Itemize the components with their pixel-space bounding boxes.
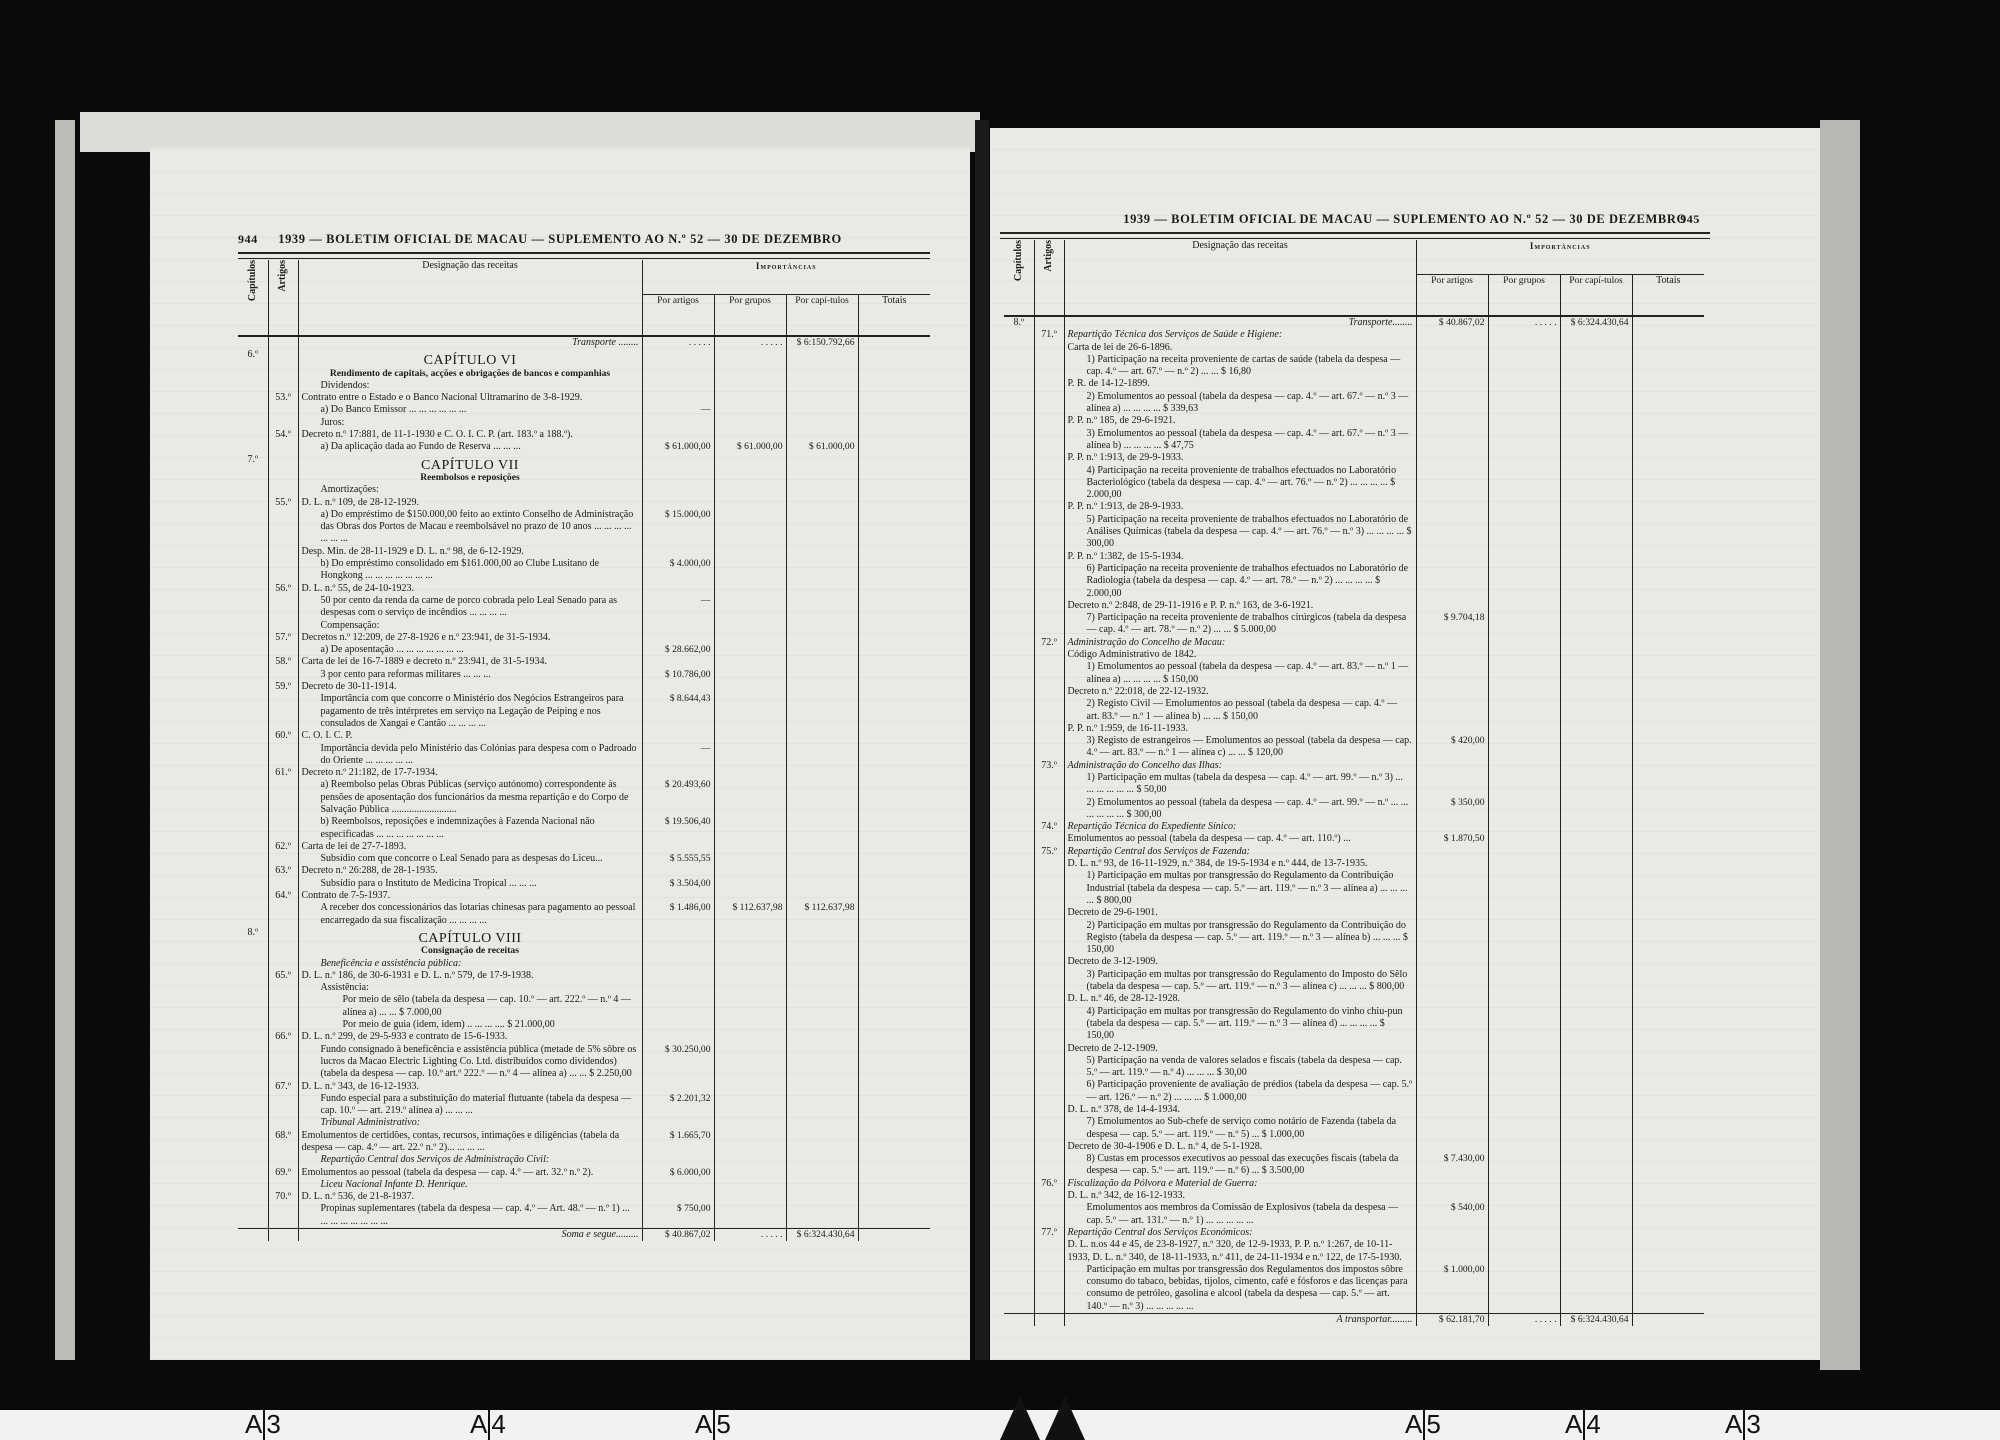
amount-totais [1632, 846, 1704, 858]
amount-por-artigos [642, 368, 714, 380]
amount-por-grupos [714, 743, 786, 768]
ledger-row: Juros: [238, 417, 930, 429]
amount-por-capitulos [1560, 846, 1632, 858]
amount-por-grupos [1488, 1153, 1560, 1178]
amount-totais [1632, 514, 1704, 551]
amount-por-grupos [714, 349, 786, 367]
receipt-description: 4) Participação na receita proveniente d… [1064, 465, 1416, 502]
ledger-row: 65.ºD. L. n.º 186, de 30-6-1931 e D. L. … [238, 970, 930, 982]
amount-totais [858, 484, 930, 496]
ledger-row: 73.ºAdministração do Concelho das Ilhas: [1004, 760, 1704, 772]
amount-totais [858, 878, 930, 890]
receipt-description: Transporte ........ [298, 336, 642, 349]
ledger-row: 7) Participação na receita proveniente d… [1004, 612, 1704, 637]
amount-por-artigos [642, 958, 714, 970]
header-rule [238, 252, 930, 259]
amount-totais [858, 404, 930, 416]
amount-por-grupos [714, 546, 786, 558]
amount-por-grupos [1488, 833, 1560, 845]
amount-por-grupos [1488, 772, 1560, 797]
amount-por-artigos: $ 1.665,70 [642, 1130, 714, 1155]
chapter-number: 7.º [238, 454, 268, 472]
chapter-number [238, 970, 268, 982]
chapter-number [1004, 1202, 1034, 1227]
amount-por-artigos [1416, 391, 1488, 416]
amount-por-grupos [714, 368, 786, 380]
receipts-ledger-table: Capítulos Artigos Designação das receita… [238, 260, 930, 1241]
chapter-number [238, 743, 268, 768]
receipt-description: 3) Registo de estrangeiros — Emolumentos… [1064, 735, 1416, 760]
amount-por-capitulos [786, 546, 858, 558]
ledger-row: 77.ºRepartição Central dos Serviços Econ… [1004, 1227, 1704, 1239]
amount-por-capitulos [786, 1167, 858, 1179]
amount-por-grupos [1488, 501, 1560, 513]
ledger-row: 3) Emolumentos ao pessoal (tabela da des… [1004, 428, 1704, 453]
chapter-number [238, 994, 268, 1019]
amount-por-grupos: . . . . . [714, 1229, 786, 1242]
amount-totais [858, 1203, 930, 1228]
receipt-description: Fundo especial para a substituição do ma… [298, 1093, 642, 1118]
amount-por-grupos [1488, 735, 1560, 760]
ledger-row: 53.ºContrato entre o Estado e o Banco Na… [238, 392, 930, 404]
article-number: 73.º [1034, 760, 1064, 772]
ledger-row: a) De aposentação ... ... ... ... ... ..… [238, 644, 930, 656]
amount-por-artigos: $ 1.000,00 [1416, 1264, 1488, 1314]
amount-totais [1632, 907, 1704, 919]
amount-por-grupos [1488, 514, 1560, 551]
amount-totais [1632, 428, 1704, 453]
ledger-row: P. P. n.º 185, de 29-6-1921. [1004, 415, 1704, 427]
amount-por-capitulos [1560, 920, 1632, 957]
receipt-description: Dividendos: [298, 380, 642, 392]
article-number [1034, 465, 1064, 502]
amount-por-capitulos: $ 61.000,00 [786, 441, 858, 453]
right-page: 1939 — BOLETIM OFICIAL DE MACAU — SUPLEM… [990, 128, 1820, 1360]
amount-por-capitulos [1560, 563, 1632, 600]
amount-totais [858, 546, 930, 558]
chapter-number [1004, 428, 1034, 453]
amount-totais [858, 743, 930, 768]
amount-por-artigos [642, 392, 714, 404]
chapter-number [1004, 1079, 1034, 1104]
amount-por-grupos [714, 816, 786, 841]
ledger-row: 2) Participação em multas por transgress… [1004, 920, 1704, 957]
receipt-description: Emolumentos de certidões, contas, recurs… [298, 1130, 642, 1155]
amount-totais [1632, 1264, 1704, 1314]
chapter-number [1004, 846, 1034, 858]
ledger-row: 68.ºEmolumentos de certidões, contas, re… [238, 1130, 930, 1155]
amount-por-capitulos: $ 6:150.792,66 [786, 336, 858, 349]
amount-por-capitulos [786, 853, 858, 865]
chapter-number [238, 656, 268, 668]
receipt-description: 50 por cento da renda da carne de porco … [298, 595, 642, 620]
amount-totais [858, 970, 930, 982]
amount-por-artigos [642, 982, 714, 994]
amount-por-capitulos [786, 681, 858, 693]
receipt-description: Repartição Central dos Serviços de Admin… [298, 1154, 642, 1166]
amount-por-capitulos [786, 392, 858, 404]
amount-por-capitulos [786, 994, 858, 1019]
ledger-row: 57.ºDecretos n.º 12:209, de 27-8-1926 e … [238, 632, 930, 644]
amount-por-capitulos [1560, 1116, 1632, 1141]
chapter-number [1004, 1153, 1034, 1178]
amount-por-capitulos: $ 6:324.430,64 [786, 1229, 858, 1242]
article-number [1034, 1055, 1064, 1080]
amount-por-artigos [642, 656, 714, 668]
amount-totais [858, 982, 930, 994]
amount-por-capitulos [786, 349, 858, 367]
amount-por-grupos [1488, 797, 1560, 822]
amount-por-artigos [1416, 956, 1488, 968]
chapter-number [238, 429, 268, 441]
ledger-row: P. P. n.º 1:959, de 16-11-1933. [1004, 723, 1704, 735]
amount-por-capitulos [1560, 833, 1632, 845]
article-number [268, 558, 298, 583]
receipt-description: 5) Participação na venda de valores sela… [1064, 1055, 1416, 1080]
amount-por-artigos [642, 994, 714, 1019]
receipt-description: 1) Emolumentos ao pessoal (tabela da des… [1064, 661, 1416, 686]
amount-totais [858, 429, 930, 441]
amount-por-artigos [1416, 969, 1488, 994]
amount-por-capitulos [786, 970, 858, 982]
chapter-number [238, 620, 268, 632]
amount-por-grupos [1488, 858, 1560, 870]
amount-totais [1632, 1043, 1704, 1055]
chapter-number [1004, 600, 1034, 612]
article-number [1034, 415, 1064, 427]
amount-por-artigos [1416, 1006, 1488, 1043]
receipt-description: Decreto n.º 2:848, de 29-11-1916 e P. P.… [1064, 600, 1416, 612]
article-number [1034, 797, 1064, 822]
amount-por-artigos [1416, 452, 1488, 464]
amount-por-artigos [1416, 1079, 1488, 1104]
ledger-row: Consignação de receitas [238, 945, 930, 957]
amount-totais [1632, 1116, 1704, 1141]
amount-por-artigos: $ 350,00 [1416, 797, 1488, 822]
article-number: 68.º [268, 1130, 298, 1155]
amount-por-artigos: $ 420,00 [1416, 735, 1488, 760]
ledger-row: Decreto n.º 2:848, de 29-11-1916 e P. P.… [1004, 600, 1704, 612]
amount-por-artigos: $ 20.493,60 [642, 779, 714, 816]
amount-por-artigos: . . . . . [642, 336, 714, 349]
ledger-row: Reembolsos e reposições [238, 472, 930, 484]
article-number [1034, 870, 1064, 907]
amount-totais [858, 927, 930, 945]
article-number [268, 1019, 298, 1031]
receipt-description: P. P. n.º 1:913, de 28-9-1933. [1064, 501, 1416, 513]
ledger-row: 61.ºDecreto n.º 21:182, de 17-7-1934. [238, 767, 930, 779]
amount-por-grupos: $ 61.000,00 [714, 441, 786, 453]
amount-totais [858, 890, 930, 902]
frame-marker: A5 [1405, 1409, 1441, 1440]
amount-totais [858, 1081, 930, 1093]
amount-por-capitulos [1560, 342, 1632, 354]
ledger-row: 1) Participação na receita proveniente d… [1004, 354, 1704, 379]
amount-totais [1632, 723, 1704, 735]
ledger-row: 71.ºRepartição Técnica dos Serviços de S… [1004, 329, 1704, 341]
amount-por-grupos [1488, 870, 1560, 907]
amount-por-capitulos [786, 1203, 858, 1228]
receipt-description: Importância devida pelo Ministério das C… [298, 743, 642, 768]
receipt-description: 8) Custas em processos executivos ao pes… [1064, 1153, 1416, 1178]
ledger-row: 50 por cento da renda da carne de porco … [238, 595, 930, 620]
amount-totais [858, 767, 930, 779]
amount-por-artigos [642, 1019, 714, 1031]
receipt-description: Repartição Técnica do Expediente Sínico: [1064, 821, 1416, 833]
amount-por-capitulos [1560, 1227, 1632, 1239]
article-number [268, 1179, 298, 1191]
article-number [1034, 514, 1064, 551]
chapter-number [238, 1167, 268, 1179]
receipt-description: 6) Participação proveniente de avaliação… [1064, 1079, 1416, 1104]
page-number: 944 [238, 232, 258, 247]
receipt-description: a) Da aplicação dada ao Fundo de Reserva… [298, 441, 642, 453]
ledger-row: Por meio de sêlo (tabela da despesa — ca… [238, 994, 930, 1019]
amount-por-artigos [642, 380, 714, 392]
amount-por-grupos [714, 644, 786, 656]
amount-por-artigos [642, 1154, 714, 1166]
article-number [1034, 354, 1064, 379]
amount-totais [858, 681, 930, 693]
chapter-number [238, 1117, 268, 1129]
amount-por-artigos [1416, 846, 1488, 858]
amount-totais [1632, 354, 1704, 379]
amount-totais [858, 1229, 930, 1242]
amount-por-capitulos [786, 693, 858, 730]
article-number: 75.º [1034, 846, 1064, 858]
chapter-number [1004, 969, 1034, 994]
chapter-number [1004, 501, 1034, 513]
amount-por-artigos [1416, 428, 1488, 453]
receipt-description: D. L. n.º 378, de 14-4-1934. [1064, 1104, 1416, 1116]
amount-por-capitulos [786, 644, 858, 656]
amount-por-capitulos [1560, 735, 1632, 760]
amount-por-artigos [642, 927, 714, 945]
amount-por-artigos: $ 19.506,40 [642, 816, 714, 841]
frame-marker: A3 [245, 1409, 281, 1440]
amount-por-artigos [642, 970, 714, 982]
receipt-description: Amortizações: [298, 484, 642, 496]
amount-totais [1632, 1055, 1704, 1080]
ledger-row: 8.ºCAPÍTULO VIII [238, 927, 930, 945]
article-number [1034, 428, 1064, 453]
amount-por-capitulos [786, 1117, 858, 1129]
chapter-number [238, 484, 268, 496]
article-number [1034, 1141, 1064, 1153]
amount-por-grupos [1488, 1043, 1560, 1055]
article-number: 55.º [268, 497, 298, 509]
chapter-number [1004, 612, 1034, 637]
receipt-description: 2) Emolumentos ao pessoal (tabela da des… [1064, 797, 1416, 822]
amount-totais [1632, 969, 1704, 994]
ledger-row: 76.ºFiscalização da Pólvora e Material d… [1004, 1178, 1704, 1190]
amount-por-grupos [714, 669, 786, 681]
receipt-description: a) Do Banco Emissor ... ... ... ... ... … [298, 404, 642, 416]
ledger-row: Participação em multas por transgressão … [1004, 1264, 1704, 1314]
chapter-number [1004, 956, 1034, 968]
amount-totais [858, 1167, 930, 1179]
amount-por-artigos: $ 1.870,50 [1416, 833, 1488, 845]
ledger-row: P. P. n.º 1:913, de 28-9-1933. [1004, 501, 1704, 513]
chapter-number [238, 1081, 268, 1093]
amount-totais [1632, 993, 1704, 1005]
amount-por-grupos [1488, 1190, 1560, 1202]
amount-totais [858, 509, 930, 546]
amount-por-grupos [714, 890, 786, 902]
chapter-number [1004, 907, 1034, 919]
amount-totais [858, 779, 930, 816]
receipt-description: 7) Emolumentos ao Sub-chefe de serviço c… [1064, 1116, 1416, 1141]
amount-por-artigos: $ 6.000,00 [642, 1167, 714, 1179]
article-number [1034, 723, 1064, 735]
amount-por-artigos [642, 429, 714, 441]
amount-por-artigos: $ 7.430,00 [1416, 1153, 1488, 1178]
chapter-number [1004, 821, 1034, 833]
amount-por-capitulos [1560, 514, 1632, 551]
amount-totais [858, 656, 930, 668]
amount-por-grupos [714, 730, 786, 742]
ledger-row: Importância devida pelo Ministério das C… [238, 743, 930, 768]
receipt-description: Por meio de guia (idem, idem) .. ... ...… [298, 1019, 642, 1031]
amount-por-artigos [1416, 329, 1488, 341]
receipt-description: Administração do Concelho de Macau: [1064, 637, 1416, 649]
amount-por-artigos [1416, 661, 1488, 686]
receipt-description: Decreto de 2-12-1909. [1064, 1043, 1416, 1055]
header-capitulos: Capítulos [1004, 240, 1034, 316]
ledger-row: Liceu Nacional Infante D. Henrique. [238, 1179, 930, 1191]
receipt-description: Fundo consignado à beneficência e assist… [298, 1044, 642, 1081]
amount-por-capitulos [1560, 907, 1632, 919]
receipt-description: P. P. n.º 1:913, de 29-9-1933. [1064, 452, 1416, 464]
amount-por-capitulos [786, 620, 858, 632]
amount-por-artigos [1416, 501, 1488, 513]
chapter-number [238, 669, 268, 681]
amount-por-capitulos [1560, 686, 1632, 698]
chapter-number [238, 558, 268, 583]
amount-totais [1632, 551, 1704, 563]
amount-por-grupos [1488, 1104, 1560, 1116]
amount-por-capitulos [1560, 1141, 1632, 1153]
amount-por-grupos [714, 1044, 786, 1081]
article-number [1034, 1190, 1064, 1202]
receipt-description: Carta de lei de 16-7-1889 e decreto n.º … [298, 656, 642, 668]
chapter-number [1004, 797, 1034, 822]
amount-por-capitulos [786, 1130, 858, 1155]
chapter-number [238, 644, 268, 656]
ledger-row: Repartição Central dos Serviços de Admin… [238, 1154, 930, 1166]
article-number: 76.º [1034, 1178, 1064, 1190]
amount-por-capitulos [786, 878, 858, 890]
chapter-number [238, 472, 268, 484]
amount-por-capitulos [786, 1179, 858, 1191]
chapter-number [1004, 870, 1034, 907]
amount-totais [858, 1031, 930, 1043]
ledger-row: 2) Emolumentos ao pessoal (tabela da des… [1004, 391, 1704, 416]
ledger-row: 1) Participação em multas por transgress… [1004, 870, 1704, 907]
amount-totais [1632, 378, 1704, 390]
amount-por-grupos [1488, 600, 1560, 612]
amount-por-grupos: . . . . . [1488, 316, 1560, 329]
ledger-row: Importância com que concorre o Ministéri… [238, 693, 930, 730]
amount-totais [858, 583, 930, 595]
ledger-row: D. L. n.º 378, de 14-4-1934. [1004, 1104, 1704, 1116]
amount-por-artigos [642, 841, 714, 853]
frame-marker: A3 [1725, 1409, 1761, 1440]
amount-por-artigos [642, 865, 714, 877]
amount-por-grupos [714, 1154, 786, 1166]
ledger-row: 3) Registo de estrangeiros — Emolumentos… [1004, 735, 1704, 760]
article-number: 71.º [1034, 329, 1064, 341]
amount-por-grupos [1488, 1227, 1560, 1239]
chapter-number [238, 595, 268, 620]
amount-totais [858, 417, 930, 429]
header-totais: Totais [1632, 275, 1704, 317]
receipt-description: D. L. n.os 44 e 45, de 23-8-1927, n.º 32… [1064, 1239, 1416, 1264]
article-number [1034, 907, 1064, 919]
article-number [1034, 1239, 1064, 1264]
amount-por-artigos [1416, 1104, 1488, 1116]
amount-por-grupos [714, 392, 786, 404]
amount-totais [1632, 698, 1704, 723]
frame-arrow-right-icon [1045, 1396, 1085, 1440]
amount-por-artigos [642, 1117, 714, 1129]
amount-por-grupos [714, 1203, 786, 1228]
amount-por-capitulos [786, 454, 858, 472]
amount-por-artigos [642, 890, 714, 902]
chapter-number [238, 878, 268, 890]
chapter-number [1004, 833, 1034, 845]
receipt-description: D. L. n.º 55, de 24-10-1923. [298, 583, 642, 595]
amount-totais [858, 336, 930, 349]
article-number [268, 336, 298, 349]
receipt-description: Participação em multas por transgressão … [1064, 1264, 1416, 1314]
chapter-number [238, 392, 268, 404]
amount-por-artigos [642, 349, 714, 367]
chapter-number: 8.º [1004, 316, 1034, 329]
ledger-row: 3 por cento para reformas militares ... … [238, 669, 930, 681]
header-importancias: Importâncias [1416, 240, 1704, 275]
ledger-row: 6.ºCAPÍTULO VI [238, 349, 930, 367]
article-number [268, 816, 298, 841]
receipt-description: D. L. n.º 536, de 21-8-1937. [298, 1191, 642, 1203]
receipt-description: Soma e segue......... [298, 1229, 642, 1242]
amount-por-grupos [714, 404, 786, 416]
receipt-description: D. L. n.º 93, de 16-11-1929, n.º 384, de… [1064, 858, 1416, 870]
amount-totais [1632, 686, 1704, 698]
receipt-description: D. L. n.º 342, de 16-12-1933. [1064, 1190, 1416, 1202]
amount-por-grupos: . . . . . [1488, 1314, 1560, 1327]
frame-marker: A5 [695, 1409, 731, 1440]
article-number: 72.º [1034, 637, 1064, 649]
receipt-description: 2) Participação em multas por transgress… [1064, 920, 1416, 957]
chapter-number [238, 404, 268, 416]
chapter-number [1004, 661, 1034, 686]
article-number [1034, 501, 1064, 513]
amount-totais [1632, 329, 1704, 341]
amount-por-grupos [1488, 920, 1560, 957]
chapter-number [238, 767, 268, 779]
amount-por-capitulos [786, 558, 858, 583]
ledger-row: Transporte ......... . . . .. . . . .$ 6… [238, 336, 930, 349]
amount-por-grupos [714, 632, 786, 644]
article-number: 66.º [268, 1031, 298, 1043]
receipt-description: Decreto n.º 17:881, de 11-1-1930 e C. O.… [298, 429, 642, 441]
amount-por-artigos [1416, 514, 1488, 551]
chapter-number [1004, 1227, 1034, 1239]
amount-por-grupos [1488, 1239, 1560, 1264]
chapter-number [238, 1154, 268, 1166]
amount-totais [1632, 600, 1704, 612]
